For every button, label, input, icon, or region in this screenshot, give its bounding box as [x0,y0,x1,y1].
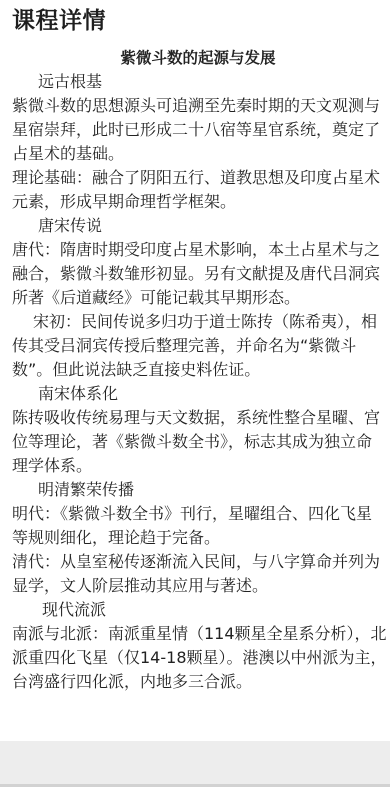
paragraph-line: 明代：《紫微斗数全书》刊行，星曜组合、四化飞星 [0,502,390,526]
section-heading: 远古根基 [0,70,390,94]
paragraph-line: 等规则细化，理论趋于完备。 [0,526,390,550]
paragraph-line: 所著《后道藏经》可能记载其早期形态。 [0,286,390,310]
article-title: 紫微斗数的起源与发展 [6,46,390,70]
paragraph-line: 位等理论，著《紫微斗数全书》，标志其成为独立命 [0,430,390,454]
paragraph-line: 占星术的基础。 [0,142,390,166]
article-content: 紫微斗数的起源与发展 远古根基 紫微斗数的思想源头可追溯至先秦时期的天文观测与 … [0,46,390,694]
section-heading: 南宋体系化 [0,382,390,406]
paragraph-line: 台湾盛行四化派，内地多三合派。 [0,670,390,694]
paragraph-line: 理论基础：融合了阴阳五行、道教思想及印度占星术 [0,166,390,190]
section-heading: 明清繁荣传播 [0,478,390,502]
paragraph-line: 唐代：隋唐时期受印度占星术影响，本土占星术与之 [0,238,390,262]
paragraph-line: 宋初：民间传说多归功于道士陈抟（陈希夷），相 [0,310,390,334]
paragraph-line: 陈抟吸收传统易理与天文数据，系统性整合星曜、宫 [0,406,390,430]
paragraph-line: 显学，文人阶层推动其应用与著述。 [0,574,390,598]
section-heading: 现代流派 [0,598,390,622]
page-title: 课程详情 [12,6,106,36]
paragraph-line: 传其受吕洞宾传授后整理完善，并命名为“紫微斗 [0,334,390,358]
paragraph-line: 理学体系。 [0,454,390,478]
paragraph-line: 南派与北派：南派重星情（114颗星全星系分析），北 [0,622,390,646]
bottom-bar [0,741,390,784]
paragraph-line: 元素，形成早期命理哲学框架。 [0,190,390,214]
section-heading: 唐宋传说 [0,214,390,238]
paragraph-line: 融合，紫微斗数雏形初显。另有文献提及唐代吕洞宾 [0,262,390,286]
paragraph-line: 派重四化飞星（仅14-18颗星）。港澳以中州派为主， [0,646,390,670]
paragraph-line: 数”。但此说法缺乏直接史料佐证。 [0,358,390,382]
paragraph-line: 紫微斗数的思想源头可追溯至先秦时期的天文观测与 [0,94,390,118]
paragraph-line: 清代：从皇室秘传逐渐流入民间，与八字算命并列为 [0,550,390,574]
paragraph-line: 星宿崇拜，此时已形成二十八宿等星官系统，奠定了 [0,118,390,142]
